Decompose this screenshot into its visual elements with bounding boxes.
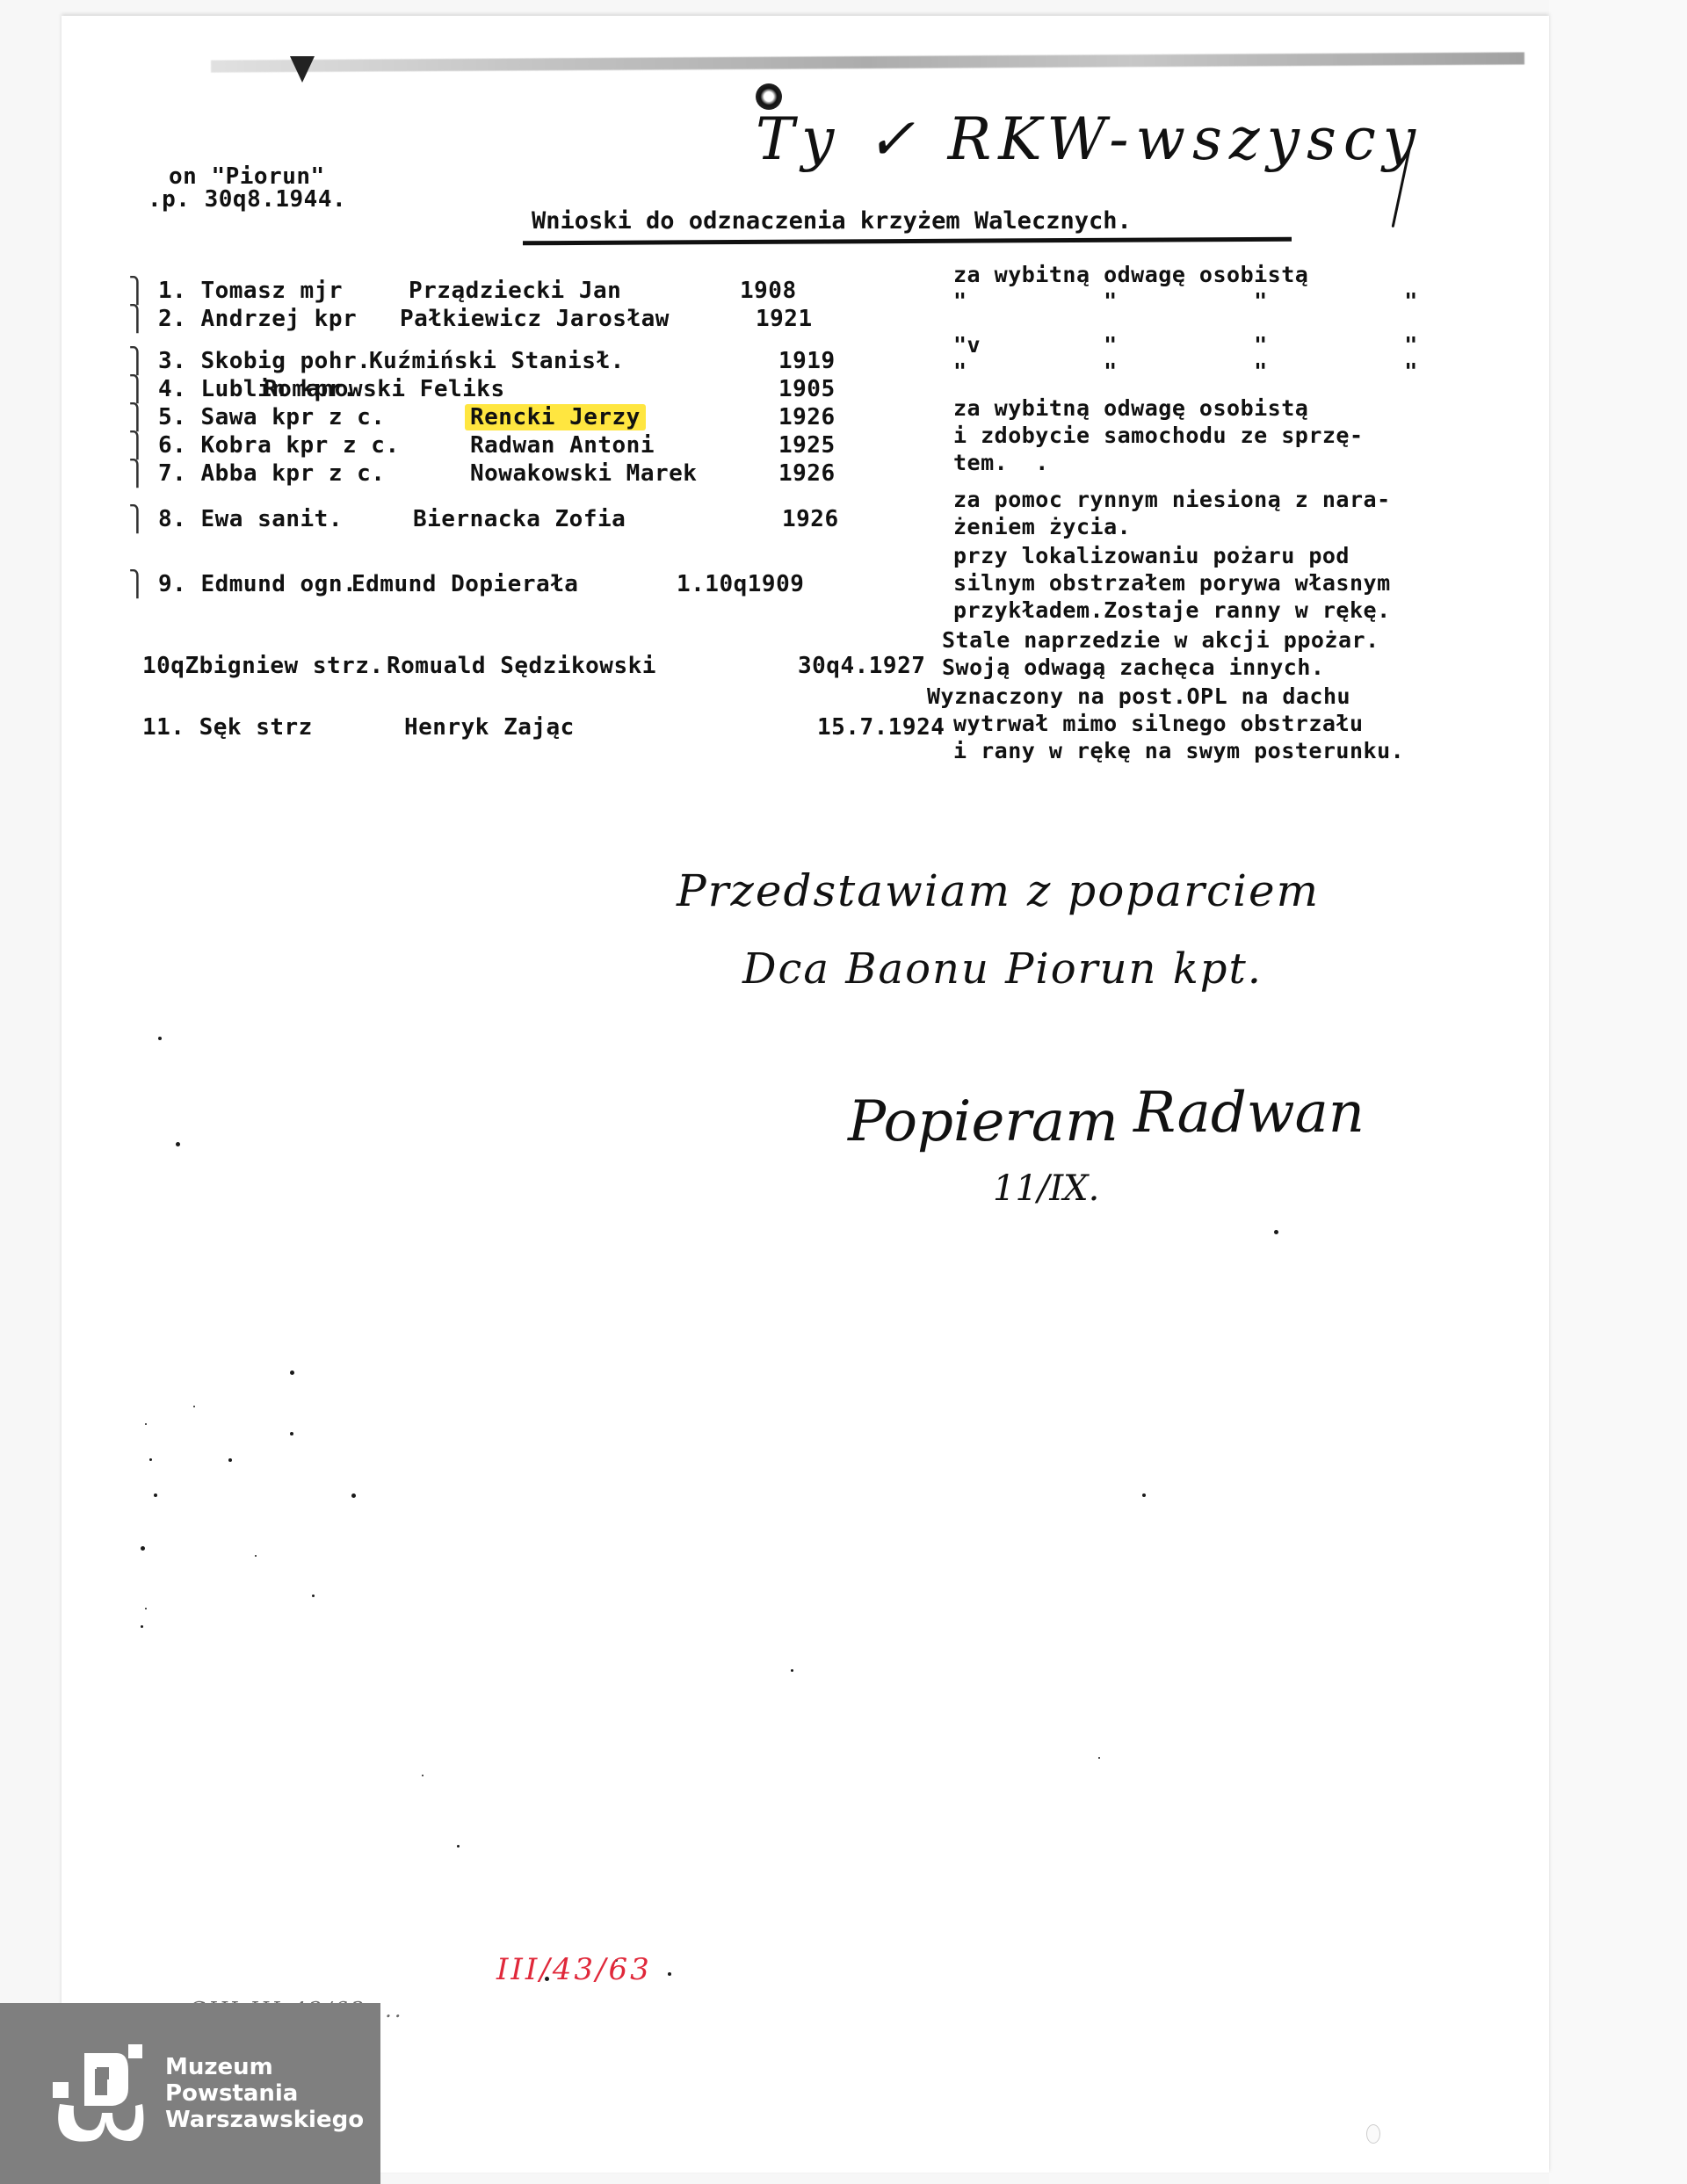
entry-birth: 1919	[778, 350, 836, 372]
entry-label: 8. Ewa sanit.	[158, 508, 343, 531]
scan-speck	[457, 1845, 460, 1848]
entry-label: 3. Skobig pohr.	[158, 350, 371, 372]
handwritten-note-line2: Dca Baonu Piorun kpt.	[742, 944, 1263, 994]
document-title: Wnioski do odznaczenia krzyżem Walecznyc…	[532, 207, 1132, 235]
margin-mark: ⎫	[128, 430, 147, 459]
margin-mark: ⎫	[128, 346, 147, 375]
entry-name: Henryk Zając	[404, 716, 575, 739]
scan-speck	[1098, 1757, 1100, 1759]
margin-mark: ⎫	[128, 504, 147, 533]
entry-name: Prządziecki Jan	[409, 279, 621, 302]
entry-label: 6. Kobra kpr z c.	[158, 434, 400, 457]
signature-approval: Popieram	[848, 1089, 1119, 1154]
unit-line: on "Piorun"	[169, 165, 325, 188]
punch-hole	[1366, 2124, 1380, 2144]
entry-birth: 1908	[740, 279, 797, 302]
scan-speck	[290, 1432, 293, 1436]
museum-name-line1: Muzeum	[165, 2054, 364, 2080]
entry-label: 2. Andrzej kpr	[158, 307, 357, 330]
entry-name: Kuźmiński Stanisł.	[369, 350, 625, 372]
scan-speck	[141, 1546, 145, 1551]
date-line: .p. 30q8.1944.	[148, 188, 346, 211]
scan-speck	[255, 1555, 257, 1557]
justification-line: i rany w rękę na swym posterunku.	[953, 740, 1404, 762]
margin-mark: ⎫	[128, 459, 147, 488]
entry-birth: 1926	[778, 462, 836, 485]
scan-speck	[154, 1493, 157, 1497]
entry-birth: 1.10q1909	[677, 573, 804, 596]
entry-label: 7. Abba kpr z c.	[158, 462, 385, 485]
justification-line: żeniem życia.	[953, 516, 1131, 538]
justification-line: i zdobycie samochodu ze sprzę-	[953, 424, 1364, 446]
justification-line: za pomoc rynnym niesioną z nara-	[953, 488, 1391, 510]
justification-line: przy lokalizowaniu pożaru pod	[953, 545, 1350, 567]
justification-line: Stale naprzedzie w akcji ppożar.	[942, 629, 1379, 651]
margin-mark: ⎫	[128, 402, 147, 431]
entry-birth: 1921	[756, 307, 813, 330]
entry-name: Pałkiewicz Jarosław	[400, 307, 670, 330]
scan-speck	[145, 1423, 147, 1425]
entry-label: 9. Edmund ogn.	[158, 573, 357, 596]
signature-name: Radwan	[1133, 1081, 1365, 1146]
justification-line: wytrwał mimo silnego obstrzału	[953, 712, 1364, 734]
justification-line: za wybitną odwagę osobistą	[953, 397, 1308, 419]
justification-line: " " " "	[953, 290, 1418, 312]
justification-line: Swoją odwagą zachęca innych.	[942, 656, 1324, 678]
entry-birth: 1926	[782, 508, 839, 531]
ink-mark	[290, 56, 315, 83]
kotwica-icon	[51, 2043, 148, 2148]
archive-number: III/43/63	[496, 1952, 652, 1987]
handwritten-annotation: Ty ✓ RKW-wszyscy	[756, 105, 1423, 173]
entry-name: Romuald Sędzikowski	[387, 654, 656, 677]
scan-speck	[422, 1775, 424, 1776]
scan-speck	[668, 1972, 671, 1976]
justification-line: silnym obstrzałem porywa własnym	[953, 572, 1391, 594]
scan-speck	[149, 1458, 152, 1461]
scan-speck	[193, 1406, 195, 1407]
entry-name: Radwan Antoni	[470, 434, 655, 457]
entry-birth: 15.7.1924	[817, 716, 945, 739]
museum-name-line2: Powstania	[165, 2080, 364, 2107]
entry-birth: 1905	[778, 378, 836, 401]
entry-label: 11. Sęk strz	[142, 716, 313, 739]
museum-name-line3: Warszawskiego	[165, 2107, 364, 2133]
entry-label: 10qZbigniew strz.	[142, 654, 384, 677]
museum-name: Muzeum Powstania Warszawskiego	[165, 2054, 364, 2133]
entry-name: Rencki Jerzy	[470, 406, 641, 429]
scan-margin	[1549, 0, 1687, 2184]
margin-mark: ⎫	[128, 569, 147, 598]
entry-name: Romanowski Feliks	[264, 378, 505, 401]
justification-line: " " " "	[953, 360, 1418, 382]
entry-birth: 30q4.1927	[798, 654, 925, 677]
scan-speck	[228, 1458, 232, 1462]
justification-line: Wyznaczony na post.OPL na dachu	[927, 685, 1350, 707]
entry-birth: 1925	[778, 434, 836, 457]
margin-mark: ⎫	[128, 374, 147, 403]
scan-speck	[145, 1608, 147, 1609]
margin-mark: ⎫	[128, 304, 147, 333]
scan-speck	[1274, 1230, 1278, 1234]
entry-birth: 1926	[778, 406, 836, 429]
justification-line: "v " " "	[953, 334, 1418, 356]
justification-line: tem. .	[953, 452, 1049, 474]
scan-speck	[290, 1370, 294, 1375]
margin-mark: ⎫	[128, 276, 147, 305]
justification-line: przykładem.Zostaje ranny w rękę.	[953, 599, 1391, 621]
justification-line: za wybitną odwagę osobistą	[953, 264, 1308, 286]
entry-label: 5. Sawa kpr z c.	[158, 406, 385, 429]
scan-speck	[1142, 1493, 1146, 1497]
handwritten-note-line1: Przedstawiam z poparciem	[677, 865, 1320, 916]
entry-label: 1. Tomasz mjr	[158, 279, 343, 302]
scan-speck	[791, 1669, 793, 1672]
scan-speck	[351, 1493, 356, 1498]
scan-speck	[158, 1037, 162, 1040]
scan-speck	[176, 1142, 180, 1146]
entry-name: Biernacka Zofia	[413, 508, 626, 531]
signature-date: 11/IX.	[993, 1168, 1099, 1209]
highlighted-name: Rencki Jerzy	[465, 404, 646, 430]
scan-speck	[312, 1595, 315, 1597]
entry-name: Edmund Dopierała	[351, 573, 578, 596]
museum-logo: Muzeum Powstania Warszawskiego	[0, 2003, 380, 2184]
entry-name: Nowakowski Marek	[470, 462, 697, 485]
scan-speck	[141, 1625, 143, 1628]
